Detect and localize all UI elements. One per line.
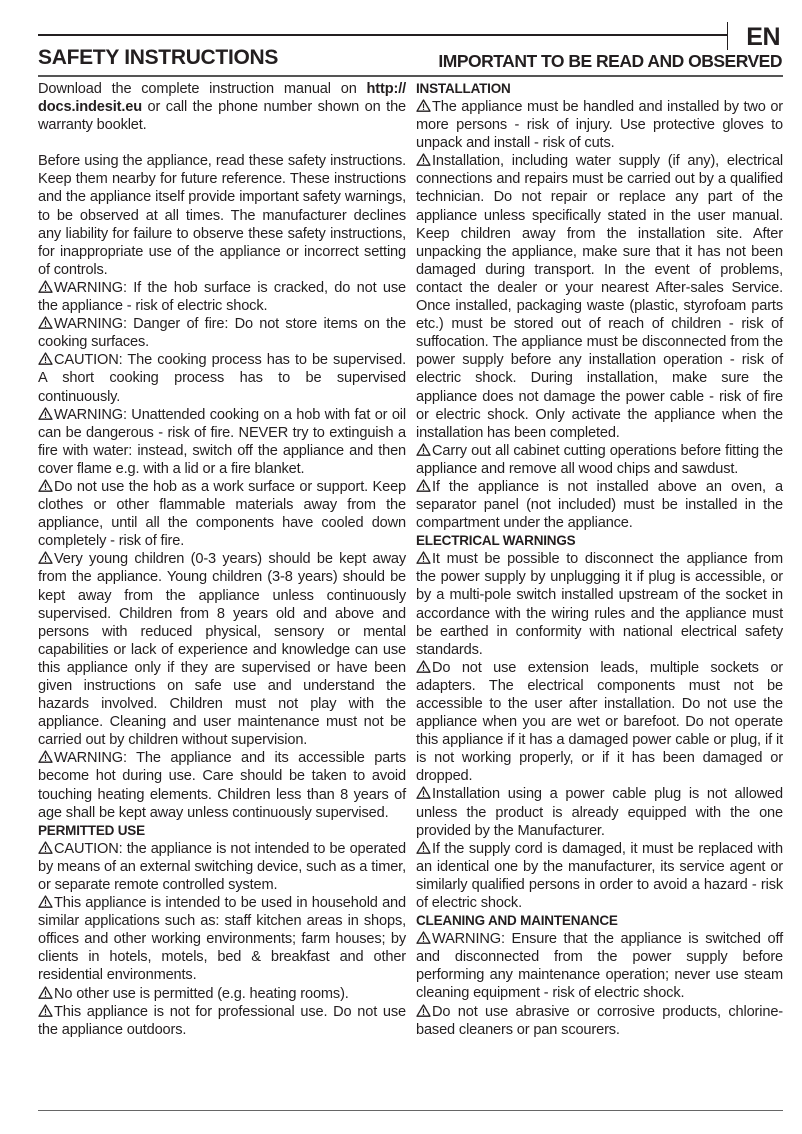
warning-triangle-icon [416, 99, 431, 112]
warning-item: Do not use the hob as a work surface or … [38, 478, 406, 550]
page-title: SAFETY INSTRUCTIONS [38, 45, 278, 71]
installation-item: Carry out all cabinet cutting operations… [416, 442, 783, 478]
intro-prefix: Download the complete instruction manual… [38, 81, 367, 97]
page-subtitle: IMPORTANT TO BE READ AND OBSERVED [412, 50, 782, 72]
warning-item: WARNING: If the hob surface is cracked, … [38, 279, 406, 315]
warning-triangle-icon [416, 443, 431, 456]
installation-item: The appliance must be handled and instal… [416, 98, 783, 152]
warning-item: Very young children (0-3 years) should b… [38, 550, 406, 749]
warning-item: WARNING: The appliance and its accessibl… [38, 749, 406, 821]
warning-triangle-icon [38, 280, 53, 293]
electrical-item: Installation using a power cable plug is… [416, 785, 783, 839]
header-bottom-rule [38, 75, 783, 77]
warning-triangle-icon [416, 786, 431, 799]
warning-triangle-icon [416, 1004, 431, 1017]
footer-rule [38, 1110, 783, 1111]
warning-item: CAUTION: The cooking process has to be s… [38, 351, 406, 405]
warning-triangle-icon [38, 316, 53, 329]
warning-triangle-icon [38, 841, 53, 854]
left-column: Download the complete instruction manual… [38, 80, 406, 1039]
language-code: EN [746, 22, 780, 52]
header-top-rule [38, 34, 728, 36]
electrical-item: If the supply cord is damaged, it must b… [416, 840, 783, 912]
warning-triangle-icon [416, 479, 431, 492]
warning-triangle-icon [38, 479, 53, 492]
warning-triangle-icon [416, 660, 431, 673]
warning-triangle-icon [416, 931, 431, 944]
electrical-item: Do not use extension leads, multiple soc… [416, 659, 783, 786]
header-tick-divider [727, 22, 728, 50]
permitted-use-item: No other use is permitted (e.g. heating … [38, 985, 406, 1003]
warning-triangle-icon [416, 153, 431, 166]
electrical-item: It must be possible to disconnect the ap… [416, 550, 783, 659]
section-heading-cleaning-maintenance: CLEANING AND MAINTENANCE [416, 912, 783, 930]
section-heading-installation: INSTALLATION [416, 80, 783, 98]
warning-triangle-icon [38, 986, 53, 999]
warning-triangle-icon [38, 1004, 53, 1017]
permitted-use-item: This appliance is intended to be used in… [38, 894, 406, 984]
installation-item: If the appliance is not installed above … [416, 478, 783, 532]
intro-paragraph: Download the complete instruction manual… [38, 80, 406, 134]
warning-item: WARNING: Unattended cooking on a hob wit… [38, 406, 406, 478]
permitted-use-item: This appliance is not for professional u… [38, 1003, 406, 1039]
warning-triangle-icon [38, 407, 53, 420]
warning-triangle-icon [38, 352, 53, 365]
cleaning-item: WARNING: Ensure that the appliance is sw… [416, 930, 783, 1002]
before-use-paragraph: Before using the appliance, read these s… [38, 152, 406, 279]
installation-item: Installation, including water supply (if… [416, 152, 783, 442]
section-heading-electrical-warnings: ELECTRICAL WARNINGS [416, 532, 783, 550]
warning-triangle-icon [416, 551, 431, 564]
warning-triangle-icon [38, 750, 53, 763]
section-heading-permitted-use: PERMITTED USE [38, 822, 406, 840]
warning-triangle-icon [416, 841, 431, 854]
permitted-use-item: CAUTION: the appliance is not intended t… [38, 840, 406, 894]
warning-triangle-icon [38, 551, 53, 564]
right-column: INSTALLATION The appliance must be handl… [416, 80, 783, 1039]
warning-triangle-icon [38, 895, 53, 908]
cleaning-item: Do not use abrasive or corrosive product… [416, 1003, 783, 1039]
warning-item: WARNING: Danger of fire: Do not store it… [38, 315, 406, 351]
